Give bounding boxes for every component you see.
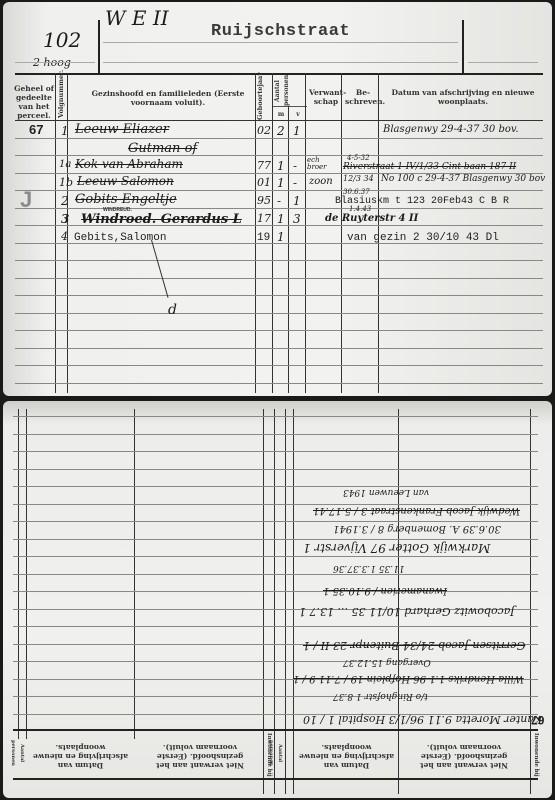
row-1-year: 02 <box>257 124 271 137</box>
row-5-seq: 3 <box>61 212 69 226</box>
back-entry-4: Overgang 15.12.37 <box>343 657 431 667</box>
header-parcel: Geheel of gedeelte van het perceel. <box>13 84 55 120</box>
header-described: Be-schreven. <box>345 88 381 106</box>
row-2-year: 77 <box>257 159 271 172</box>
header-persons-v: v <box>290 110 306 119</box>
row-3-described: 12/3 34 <box>343 174 374 183</box>
row-6-seq: 4 <box>61 230 68 243</box>
row-4-year: 95 <box>257 194 271 207</box>
row-5-described: 1.4.43 <box>349 205 371 213</box>
stamp-mark-j: J <box>20 187 32 213</box>
row-2-date: Riverstraat 1 IV/1/33 Cint baan 187 II <box>343 162 516 172</box>
row-1-name: Leeuw Eliazer <box>75 122 169 137</box>
back-entry-3: Willa Hendriks 1.1 96 Hofplein 19 / 7.11… <box>293 673 524 684</box>
back-entry-12: van Leeuwen 1943 <box>343 487 429 497</box>
row-1-m: 2 <box>277 124 285 138</box>
row-6-m: 1 <box>277 230 285 244</box>
header-persons-m: m <box>273 110 289 119</box>
row-2-seq: 1a <box>59 159 71 170</box>
row-3-date: No 100 c 29-4-37 Blasgenwy 30 bov <box>381 174 545 184</box>
row-5-v: 3 <box>293 212 301 226</box>
row-6-date: van gezin 2 30/10 43 Dl <box>347 232 499 244</box>
row-4-described: 30.6.37 <box>343 188 370 196</box>
row-2-relation: ech broer <box>307 157 339 171</box>
row-1-v: 1 <box>293 124 301 138</box>
back-entry-7: Iwanamerien / 9.10.35 1 <box>323 585 447 596</box>
row-3-v: - <box>293 176 297 190</box>
row-2-described: 4-5-32 <box>347 154 370 162</box>
header-relation: Verwant-schap <box>309 88 343 106</box>
row-1-date: Blasgenwy 29-4-37 30 bov. <box>383 124 519 135</box>
back-header-date-right: Datum van afschrijving en nieuwe woonpla… <box>299 743 394 770</box>
back-header-date-left: Datum van afschrijving en nieuwe woonpla… <box>33 743 128 770</box>
row-4-name: Gobits Engeltje <box>75 192 177 207</box>
back-header-not-related-left: Niet verwant aan het gezinshoofd. (Eerst… <box>141 743 259 770</box>
row-2-name: Kok van Abraham <box>75 157 183 171</box>
back-entry-5: Gerritsen Jacob 24/34 Buitenpr 23 II / 1 <box>303 639 525 652</box>
row-4-m: - <box>277 194 281 208</box>
row-5-date: de Ruyterstr 4 II <box>325 213 418 224</box>
parcel-number: 67 <box>29 122 43 137</box>
row-3-year: 01 <box>257 176 271 189</box>
register-card-front: 102 2 hoog W E II Ruijschstraat Geheel o… <box>3 2 552 396</box>
row-3-seq: 1b <box>59 176 73 189</box>
row-2-m: 1 <box>277 159 285 173</box>
back-header-persons-right: Aantal personen <box>275 733 284 773</box>
row-1b-name: Gutman of <box>128 141 197 156</box>
back-entry-11: Wedwijk Jacob Frankenstraat 3 / 5.17.41 <box>313 505 520 516</box>
back-header-not-related-right: Niet verwant aan het gezinshoofd. (Eerst… <box>403 743 525 770</box>
header-name: Gezinshoofd en familieleden (Eerste voor… <box>83 89 253 107</box>
back-entry-1: Kanter Moretta 9.11 96/1/3 Hospital 1 / … <box>303 713 542 726</box>
header-persons: Aantal personen <box>273 76 301 106</box>
back-entry-2: t/o Ringhofstr 1 8.37 <box>333 691 428 701</box>
row-1-seq: 1 <box>61 124 69 138</box>
row-4-seq: 2 <box>61 194 69 208</box>
back-header-resident-with-right: Inwonende bij <box>531 733 540 777</box>
diagonal-pen-stroke <box>151 240 168 298</box>
row-6-year: 19 <box>257 232 270 244</box>
back-entry-9: Markwijk Gotter 97 Vijverstr 1 <box>303 541 490 555</box>
register-card-back: Datum van afschrijving en nieuwe woonpla… <box>3 401 552 798</box>
row-5-year: 17 <box>257 212 271 225</box>
district-mark: W E II <box>105 6 169 30</box>
row-4-v: 1 <box>293 194 301 208</box>
row-2-v: - <box>293 159 297 173</box>
back-entry-8: 11.35 1.3.37.36 <box>333 563 405 573</box>
row-3-name: Leeuw Salomon <box>77 174 174 188</box>
row-3-relation: zoon <box>309 176 333 187</box>
row-5-name: Windroed. Gerardus L <box>81 212 242 227</box>
back-entry-10: 30.6.39 A. Bomenberg 8 / 3.1941 <box>333 523 501 534</box>
street-name: Ruijschstraat <box>211 22 350 41</box>
header-seq: Volgnummer. <box>57 78 67 118</box>
header-birth-year: Geboortejaar <box>256 78 268 120</box>
house-number: 102 <box>43 28 81 52</box>
header-date: Datum van afschrijving en nieuwe woonpla… <box>388 88 538 106</box>
row-3-m: 1 <box>277 176 285 190</box>
back-header-persons-left: Aantal personen <box>19 733 26 773</box>
back-entry-6: Jacobowitz Gerhard 10/11 35 ... 13.7 1 <box>299 605 515 618</box>
row-5-m: 1 <box>277 212 285 226</box>
margin-mark: d <box>168 302 177 318</box>
